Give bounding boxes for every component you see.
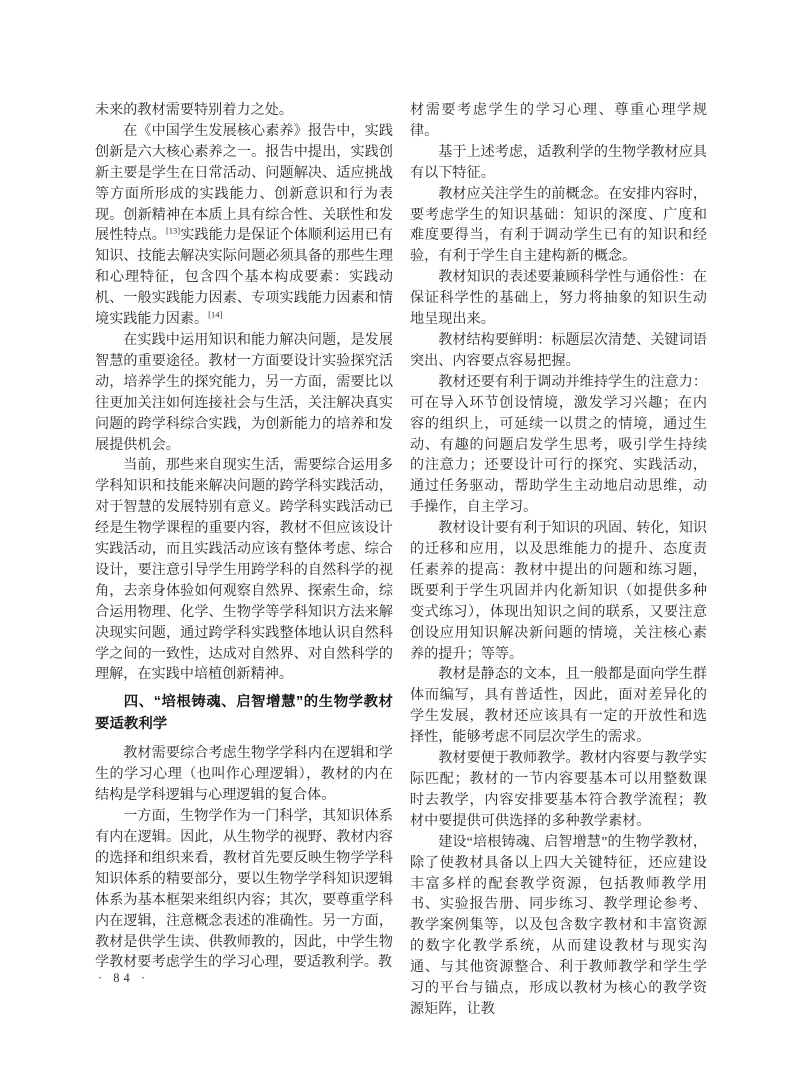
paragraph: 教材应关注学生的前概念。在安排内容时，要考虑学生的知识基础：知识的深度、广度和难…: [410, 184, 707, 268]
paragraph: 一方面，生物学作为一门科学，其知识体系有内在逻辑。因此，从生物学的视野、教材内容…: [95, 806, 393, 973]
page-number: · 84 ·: [98, 971, 149, 986]
right-column: 材需要考虑学生的学习心理、尊重心理学规律。 基于上述考虑，适教利学的生物学教材应…: [410, 100, 707, 1020]
paragraph: 基于上述考虑，适教利学的生物学教材应具有以下特征。: [410, 142, 707, 184]
left-column: 未来的教材需要特别着力之处。 在《中国学生发展核心素养》报告中，实践创新是六大核…: [95, 100, 393, 973]
paragraph: 教材要便于教师教学。教材内容要与教学实际匹配；教材的一节内容要基本可以用整数课时…: [410, 748, 707, 832]
paragraph: 教材结构要鲜明：标题层次清楚、关键词语突出、内容要点容易把握。: [410, 330, 707, 372]
paragraph-with-citations: 在《中国学生发展核心素养》报告中，实践创新是六大核心素养之一。报告中提出，实践创…: [95, 121, 393, 330]
section-heading: 四、“培根铸魂、启智增慧”的生物学教材要适教利学: [95, 692, 393, 735]
paragraph-text: 在《中国学生发展核心素养》报告中，实践创新是六大核心素养之一。报告中提出，实践创…: [95, 123, 393, 244]
paragraph: 教材设计要有利于知识的巩固、转化，知识的迁移和应用，以及思维能力的提升、态度责任…: [410, 518, 707, 664]
journal-page: 未来的教材需要特别着力之处。 在《中国学生发展核心素养》报告中，实践创新是六大核…: [0, 0, 800, 1077]
paragraph-continuation: 材需要考虑学生的学习心理、尊重心理学规律。: [410, 100, 707, 142]
paragraph: 教材需要综合考虑生物学学科内在逻辑和学生的学习心理（也叫作心理逻辑），教材的内在…: [95, 743, 393, 806]
citation-ref-14: [14]: [208, 309, 222, 319]
paragraph-continuation: 未来的教材需要特别着力之处。: [95, 100, 393, 121]
paragraph: 教材知识的表述要兼顾科学性与通俗性：在保证科学性的基础上，努力将抽象的知识生动地…: [410, 267, 707, 330]
paragraph: 在实践中运用知识和能力解决问题，是发展智慧的重要途径。教材一方面要设计实验探究活…: [95, 330, 393, 455]
citation-ref-13: [13]: [166, 226, 180, 236]
paragraph: 建设“培根铸魂、启智增慧”的生物学教材，除了使教材具备以上四大关键特征，还应建设…: [410, 832, 707, 1020]
paragraph: 教材是静态的文本，且一般都是面向学生群体而编写，具有普适性，因此，面对差异化的学…: [410, 664, 707, 748]
paragraph: 当前，那些来自现实生活，需要综合运用多学科知识和技能来解决问题的跨学科实践活动，…: [95, 455, 393, 685]
paragraph: 教材还要有利于调动并维持学生的注意力：可在导入环节创设情境，激发学习兴趣；在内容…: [410, 372, 707, 518]
